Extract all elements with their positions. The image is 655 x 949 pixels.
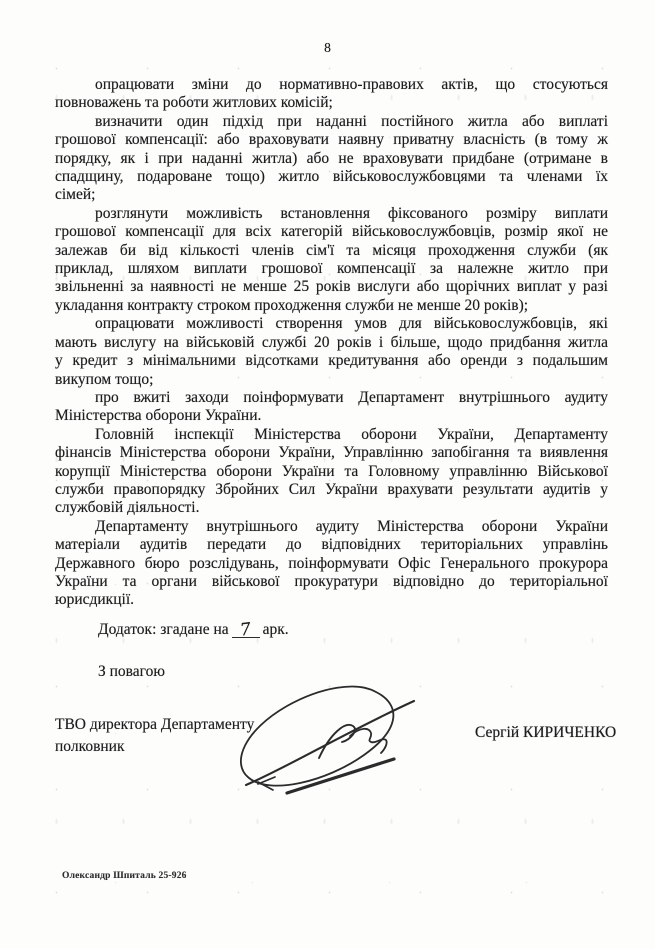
body-line: повноважень та роботи житлових комісій; bbox=[55, 94, 608, 112]
body-line: грошової компенсації: або враховувати на… bbox=[55, 131, 608, 149]
attachment-sheet-blank: 7 bbox=[232, 622, 260, 638]
body-line: порядку, як і при наданні житла) або не … bbox=[55, 150, 608, 168]
signature-underline-stroke bbox=[287, 759, 394, 793]
body-line: опрацювати можливості створення умов для… bbox=[55, 315, 608, 333]
body-line: матеріали аудитів передати до відповідни… bbox=[55, 536, 608, 554]
scanned-document-page: 8 опрацювати зміни до нормативно-правови… bbox=[0, 0, 655, 949]
attachment-suffix: арк. bbox=[263, 621, 289, 638]
body-line: викупом тощо; bbox=[55, 371, 608, 389]
body-line: Державного бюро розслідувань, поінформув… bbox=[55, 555, 608, 573]
body-line: мають вислугу на військовій службі 20 ро… bbox=[55, 334, 608, 352]
paragraph: розглянути можливість встановлення фіксо… bbox=[55, 205, 608, 315]
signature-long-stroke bbox=[246, 701, 414, 785]
paragraph: опрацювати зміни до нормативно-правових … bbox=[55, 76, 608, 113]
body-line: визначити один підхід при наданні постій… bbox=[55, 113, 608, 131]
attachment-prefix: Додаток: згадане на bbox=[98, 621, 229, 638]
body-line: звільненні за наявності не менше 25 рокі… bbox=[55, 278, 608, 296]
body-line: корупції Міністерства оборони України та… bbox=[55, 463, 608, 481]
body-line: сімей; bbox=[55, 186, 608, 204]
body-line: опрацювати зміни до нормативно-правових … bbox=[55, 76, 608, 94]
body-line: про вжиті заходи поінформувати Департаме… bbox=[55, 389, 608, 407]
body-line: грошової компенсації для всіх категорій … bbox=[55, 223, 608, 241]
page-number: 8 bbox=[0, 40, 655, 56]
executor-contact-note: Олександр Шпиталь 25-926 bbox=[62, 871, 187, 881]
paragraph: визначити один підхід при наданні постій… bbox=[55, 113, 608, 205]
body-line: Міністерства оборони України. bbox=[55, 407, 608, 425]
body-line: служби правопорядку Збройних Сил України… bbox=[55, 481, 608, 499]
body-line: укладання контракту строком проходження … bbox=[55, 297, 608, 315]
document-body: опрацювати зміни до нормативно-правових … bbox=[55, 76, 608, 610]
body-line: фінансів Міністерства оборони України, У… bbox=[55, 444, 608, 462]
handwritten-signature bbox=[224, 672, 436, 798]
signer-name: Сергій КИРИЧЕНКО bbox=[475, 724, 616, 742]
body-line: Департаменту внутрішнього аудиту Міністе… bbox=[55, 518, 608, 536]
body-line: Головній інспекції Міністерства оборони … bbox=[55, 426, 608, 444]
attachment-note: Додаток: згадане на7арк. bbox=[98, 621, 289, 639]
paragraph: Департаменту внутрішнього аудиту Міністе… bbox=[55, 518, 608, 610]
body-line: України та органи військової прокуратури… bbox=[55, 573, 608, 591]
body-line: залежав би від кількості членів сім'ї та… bbox=[55, 242, 608, 260]
handwritten-sheet-count: 7 bbox=[240, 622, 252, 637]
body-line: розглянути можливість встановлення фіксо… bbox=[55, 205, 608, 223]
body-line: спадщину, подароване тощо) житло військо… bbox=[55, 168, 608, 186]
body-line: приклад, шляхом виплати грошової компенс… bbox=[55, 260, 608, 278]
paragraph: опрацювати можливості створення умов для… bbox=[55, 315, 608, 389]
paragraph: Головній інспекції Міністерства оборони … bbox=[55, 426, 608, 518]
paragraph: про вжиті заходи поінформувати Департаме… bbox=[55, 389, 608, 426]
body-line: юрисдикції. bbox=[55, 591, 608, 609]
body-line: у кредит з мінімальними відсотками креди… bbox=[55, 352, 608, 370]
body-line: службовій діяльності. bbox=[55, 499, 608, 517]
closing-salutation: З повагою bbox=[98, 663, 165, 681]
